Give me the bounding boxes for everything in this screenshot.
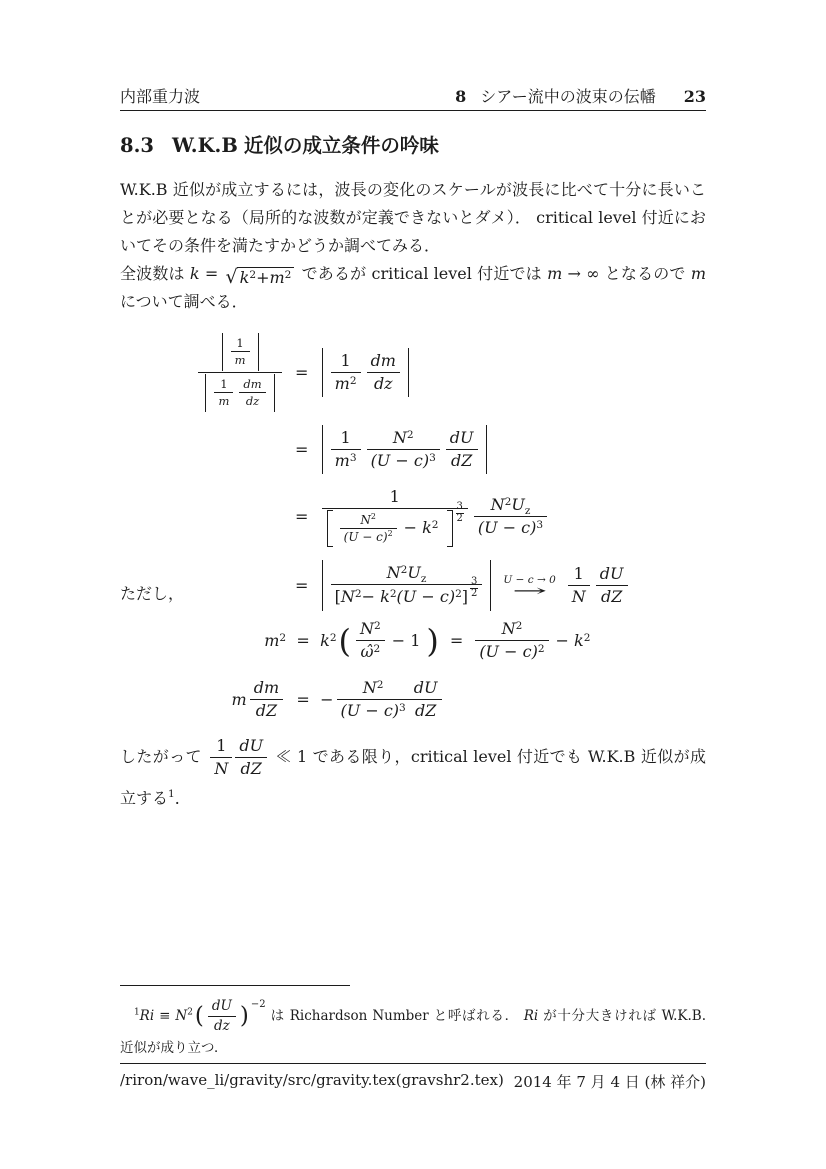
doc-title: 内部重力波	[120, 84, 200, 107]
equals-sign: =	[295, 363, 308, 382]
footnote-marker-ref: 1	[168, 788, 175, 800]
minus-sign: −	[320, 690, 333, 709]
section-title-jp: 近似の成立条件の吟味	[244, 130, 439, 158]
math-token: →	[562, 264, 586, 283]
equation-line-3-rhs: 1 N2(U − c)2 − k2 32 N2Uz (U − c)3	[319, 486, 550, 549]
math-token: +	[256, 268, 269, 287]
header-rule	[120, 110, 706, 111]
text-run: となるので	[600, 264, 691, 283]
section-number: 8.3	[120, 134, 154, 157]
text-run: について調べる．	[120, 292, 248, 311]
paragraph-conclusion: したがって 1NdUdZ ≪ 1 である限り，critical level 付近…	[120, 735, 706, 812]
footnote-rule	[120, 985, 350, 986]
equation-line-1-lhs: 1m 1m dmdz	[195, 332, 284, 413]
absolute-value-group: 1m2 dmdz	[322, 348, 409, 397]
right-paren: )	[240, 1003, 249, 1029]
text-tadashi: ただし，	[120, 580, 706, 608]
equation-line-2-rhs: 1m3 N2(U − c)3 dUdZ	[319, 425, 490, 474]
running-head: 8 シアー流中の波束の伝幡 23	[455, 84, 706, 107]
running-section-title: シアー流中の波束の伝幡	[480, 84, 656, 107]
equals-sign: =	[295, 440, 308, 459]
section-title-latin: W.K.B	[172, 134, 238, 157]
exponent-minus-two: −2	[251, 999, 266, 1010]
revision-date: 2014 年 7 月 4 日 (林 祥介)	[514, 1071, 706, 1092]
left-paren: (	[195, 1003, 204, 1029]
right-paren: )	[426, 629, 438, 653]
paragraph-wkb-validity: W.K.B 近似が成立するには，波長の変化のスケールが波長に比べて十分に長いこと…	[120, 176, 706, 260]
document-page: 内部重力波 8 シアー流中の波束の伝幡 23 8.3 W.K.B 近似の成立条件…	[0, 0, 826, 1169]
paragraph-total-wavenumber: 全波数は k = √k2 + m2 であるが critical level 付近…	[120, 260, 706, 316]
math-token: =	[200, 264, 224, 283]
equation-line-1-rhs: 1m2 dmdz	[319, 348, 412, 397]
math-token: m	[691, 264, 706, 283]
footnote: 1Ri ≡ N2(dUdz)−2 は Richardson Number と呼ば…	[120, 993, 706, 1060]
equation-array-dispersion: m2 = k2 ( N2ω̂2 − 1 ) = N2(U − c)2 − k2 …	[120, 618, 706, 722]
absolute-value-group: 1m	[222, 333, 259, 371]
equals-sign: =	[296, 690, 309, 709]
math-token: 2	[249, 269, 256, 282]
bracket-group: N2(U − c)2 − k2	[327, 510, 453, 548]
equals-sign: =	[296, 631, 309, 650]
text-run: である限り，critical level 付近でも W.K.B 近似が成立する	[120, 747, 706, 807]
math-token: 2	[285, 269, 292, 282]
inline-math-sqrt: √k2 + m2	[226, 267, 295, 287]
equation-array-wkb-ratio: 1m 1m dmdz = 1m2 dmdz = 1	[120, 332, 706, 611]
fraction: N2Uz (U − c)3	[474, 494, 547, 539]
richardson-symbol: Ri	[140, 1008, 154, 1024]
math-token: N	[175, 1008, 187, 1024]
text-run: ．	[175, 788, 191, 807]
math-token: ∞	[586, 264, 599, 283]
m-squared-lhs: m2	[264, 631, 286, 650]
math-token: ≪ 1	[270, 747, 307, 766]
page-footer: /riron/wave_li/gravity/src/gravity.tex(g…	[120, 1071, 706, 1092]
richardson-symbol: Ri	[524, 1008, 538, 1024]
exponent-three-halves: 32	[456, 502, 464, 524]
source-path: /riron/wave_li/gravity/src/gravity.tex(g…	[120, 1071, 504, 1092]
fraction: 1 N2(U − c)2 − k2 32	[322, 486, 468, 549]
absolute-value-group: 1m3 N2(U − c)3 dUdZ	[322, 425, 487, 474]
math-token: k	[190, 264, 200, 283]
text-run: であるが critical level 付近では	[296, 264, 547, 283]
math-token: m	[269, 268, 284, 287]
text-run: 全波数は	[120, 264, 190, 283]
text-run: は Richardson Number と呼ばれる．	[266, 1008, 524, 1024]
m-dmdz-lhs: mdmdZ	[232, 677, 287, 722]
math-token: ≡	[154, 1008, 175, 1024]
absolute-value-group: 1m dmdz	[205, 374, 274, 412]
page-header: 内部重力波 8 シアー流中の波束の伝幡 23	[120, 84, 706, 107]
math-token: m	[547, 264, 562, 283]
running-section-number: 8	[455, 87, 466, 106]
fraction: 1m 1m dmdz	[198, 332, 281, 413]
equals-sign: =	[295, 507, 308, 526]
equals-sign: =	[450, 631, 463, 650]
text-run: したがって	[120, 747, 207, 766]
page-number: 23	[684, 87, 706, 106]
left-paren: (	[339, 629, 351, 653]
footer-rule	[120, 1063, 706, 1064]
math-token: k	[240, 268, 250, 287]
section-heading: 8.3 W.K.B 近似の成立条件の吟味	[120, 130, 706, 158]
